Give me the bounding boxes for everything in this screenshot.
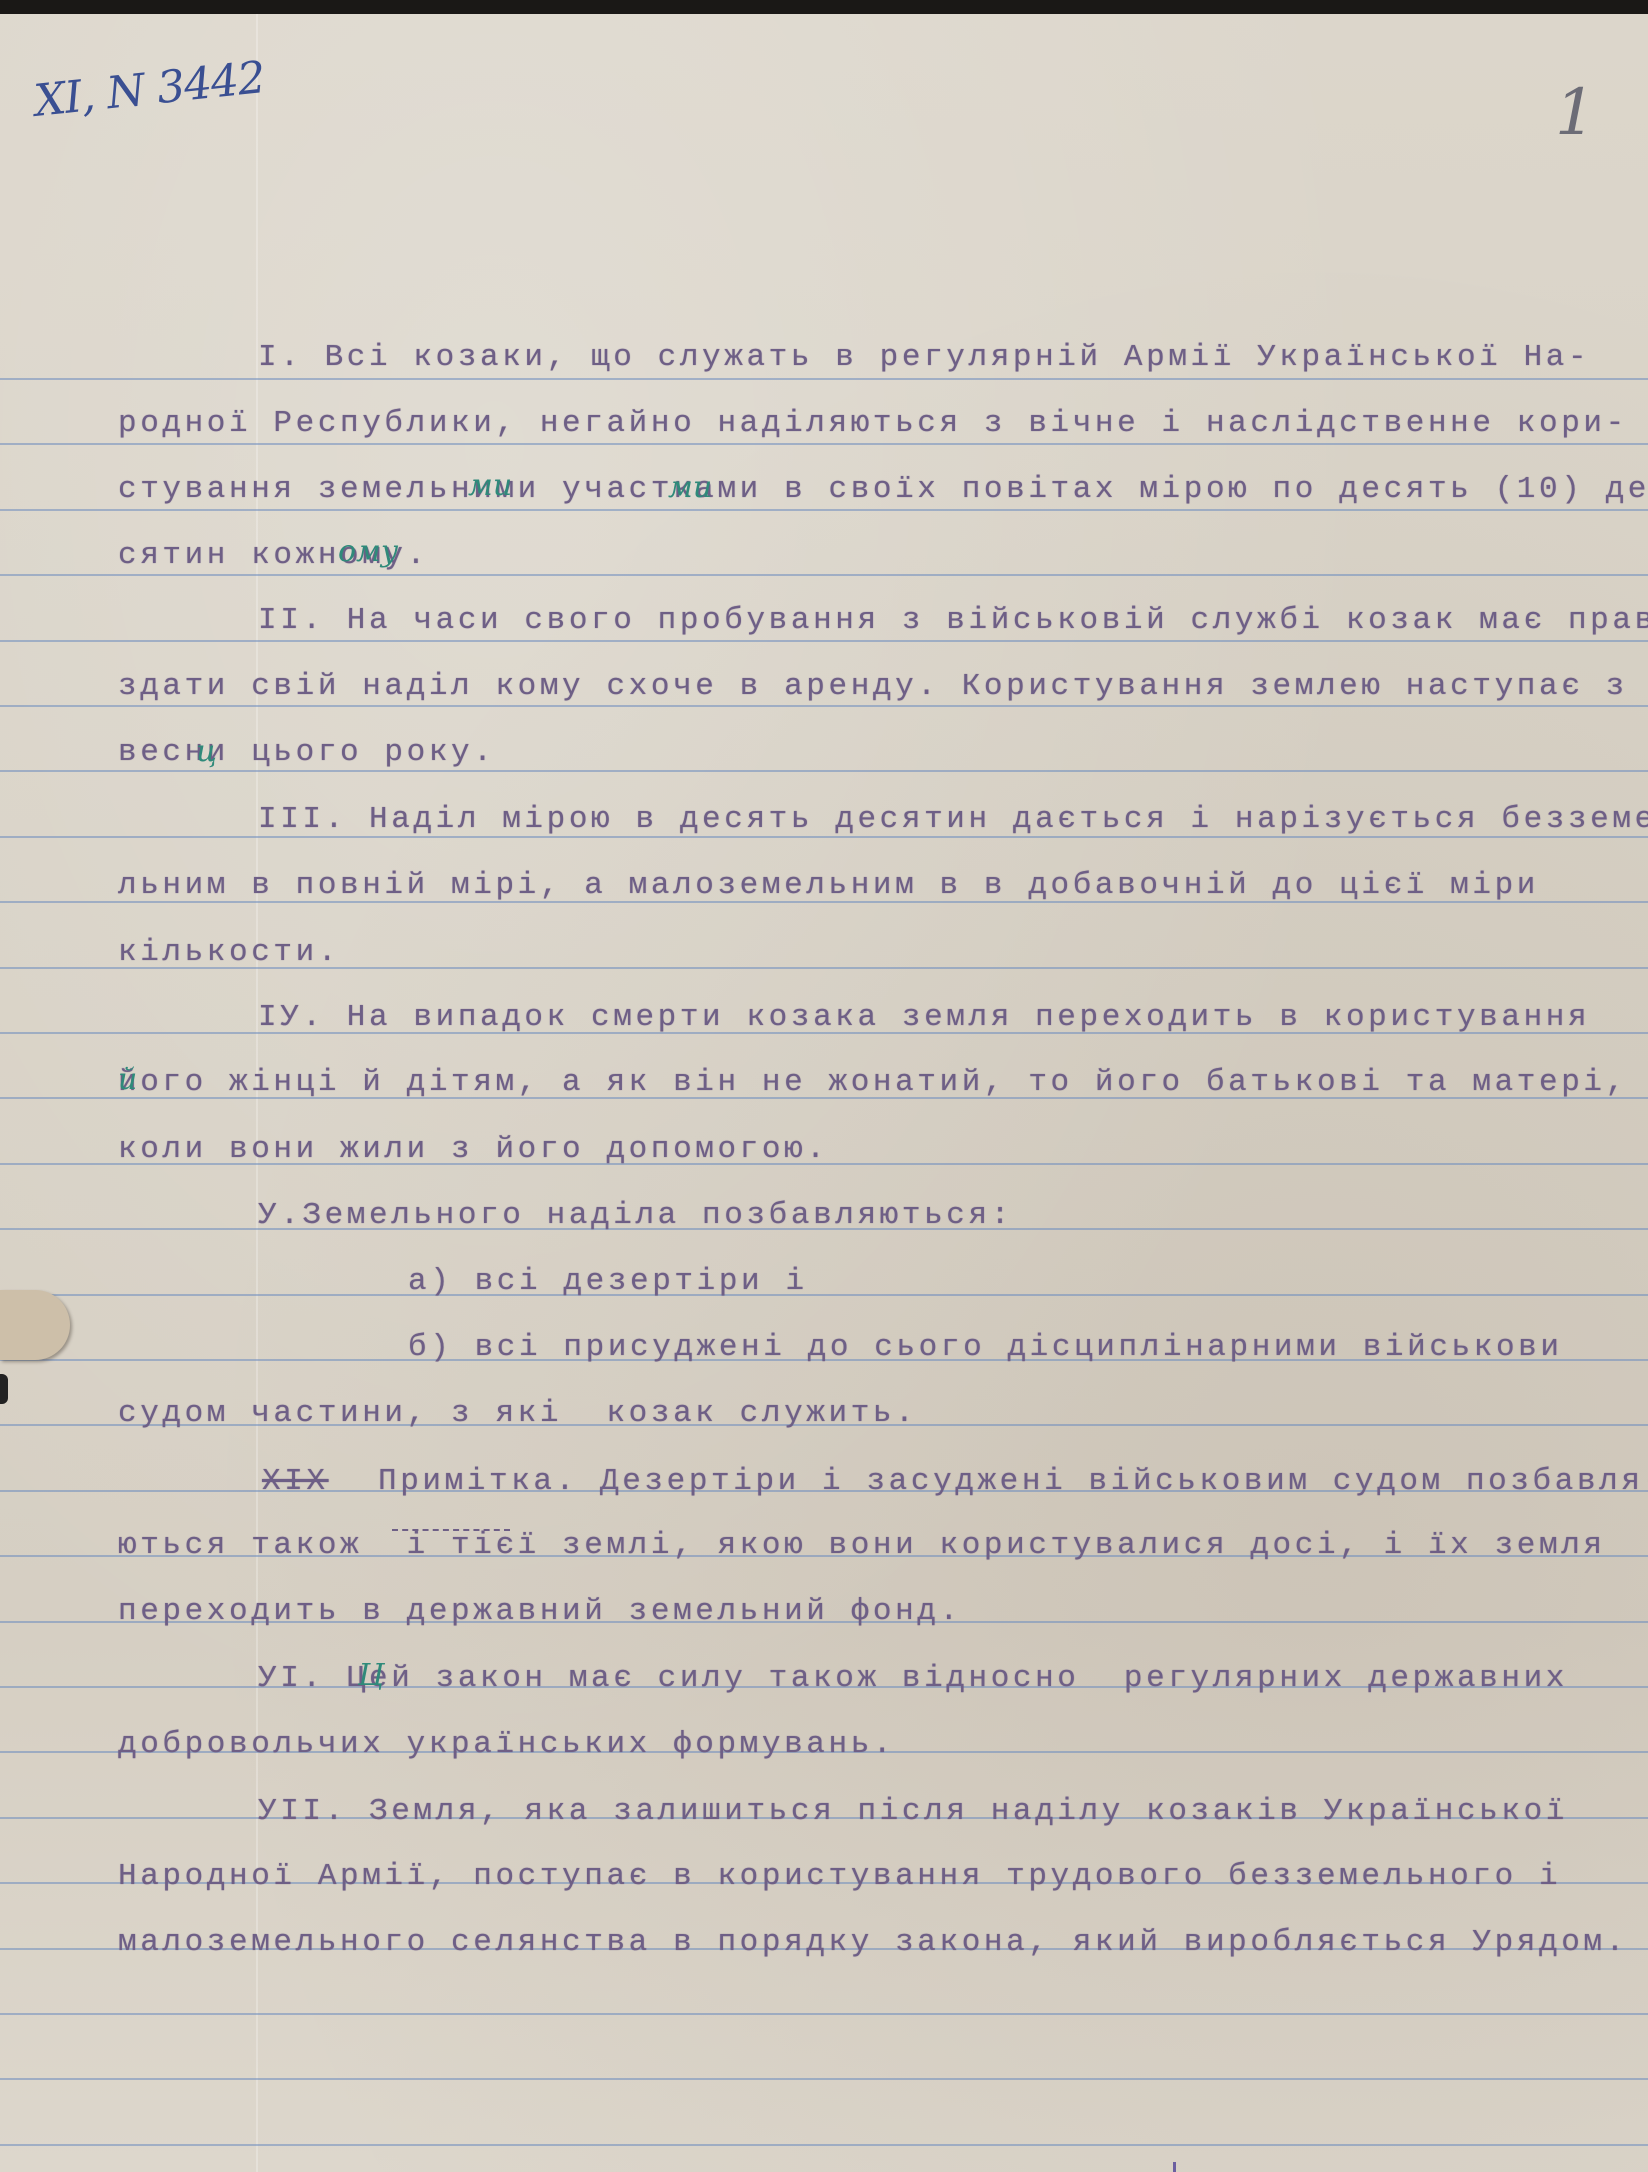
typed-line: малоземельного селянства в порядку закон… xyxy=(118,1923,1628,1963)
typed-line: кількости. xyxy=(118,933,340,973)
handwritten-correction: Ц xyxy=(358,1658,384,1693)
handwritten-correction: ому xyxy=(338,534,398,569)
ink-mark xyxy=(1173,2162,1176,2172)
typed-line: а) всі дезертіри і xyxy=(408,1262,808,1302)
ruled-line xyxy=(0,2013,1648,2015)
handwritten-correction: ми xyxy=(468,468,512,503)
typed-line: У.Земельного наділа позбавляються: xyxy=(258,1196,1013,1236)
ruled-line xyxy=(0,2144,1648,2146)
typed-line: I. Всі козаки, що служать в регулярній А… xyxy=(258,338,1590,378)
handwritten-correction: ми xyxy=(668,470,712,505)
typed-line: УI. Цей закон має силу також відносно ре… xyxy=(258,1659,1568,1699)
typed-line: IУ. На випадок смерти козака земля перех… xyxy=(258,998,1590,1038)
typed-line: б) всі присуджені до сього дісциплінарни… xyxy=(408,1328,1563,1368)
page-number: 1 xyxy=(1555,76,1596,150)
typed-line: УII. Земля, яка залишиться після наділу … xyxy=(258,1792,1568,1832)
typed-line: весни цього року. xyxy=(118,733,495,773)
typed-line: родної Республики, негайно наділяються з… xyxy=(118,404,1628,444)
document-page: XI, N 3442 1 I. Всі козаки, що служать в… xyxy=(0,14,1648,2172)
struck-numbering: XIX xyxy=(262,1462,329,1502)
ruled-line xyxy=(0,2078,1648,2080)
typed-line: його жінці й дітям, а як він не жонатий,… xyxy=(118,1063,1628,1103)
typed-line: Примітка. Дезертіри і засуджені військов… xyxy=(378,1462,1648,1502)
torn-paper-edge xyxy=(0,1290,70,1360)
typed-line: Народної Армії, поступає в користування … xyxy=(118,1857,1561,1897)
ruled-line xyxy=(0,1294,1648,1296)
typed-line: добровольчих українських формувань. xyxy=(118,1725,895,1765)
handwritten-correction: й xyxy=(118,1062,137,1097)
typed-line: II. На часи свого пробування з військові… xyxy=(258,601,1648,641)
typed-line: стування земельними участками в своїх по… xyxy=(118,470,1648,510)
note-underline xyxy=(392,1529,510,1531)
binding-hole xyxy=(0,1374,8,1404)
typed-line: коли вони жили з його допомогою. xyxy=(118,1130,829,1170)
typed-line: ються також і тієї землі, якою вони кори… xyxy=(118,1526,1606,1566)
handwritten-correction: ц xyxy=(196,734,217,769)
typed-line: льним в повній мірі, а малоземельним в в… xyxy=(118,866,1539,906)
ruled-line xyxy=(0,378,1648,380)
typed-line: здати свій наділ кому схоче в аренду. Ко… xyxy=(118,667,1628,707)
typed-line: судом частини, з які козак служить. xyxy=(118,1394,917,1434)
typed-line: переходить в державний земельний фонд. xyxy=(118,1592,962,1632)
archive-number: XI, N 3442 xyxy=(32,52,267,127)
typed-line: III. Наділ мірою в десять десятин даєтьс… xyxy=(258,800,1648,840)
